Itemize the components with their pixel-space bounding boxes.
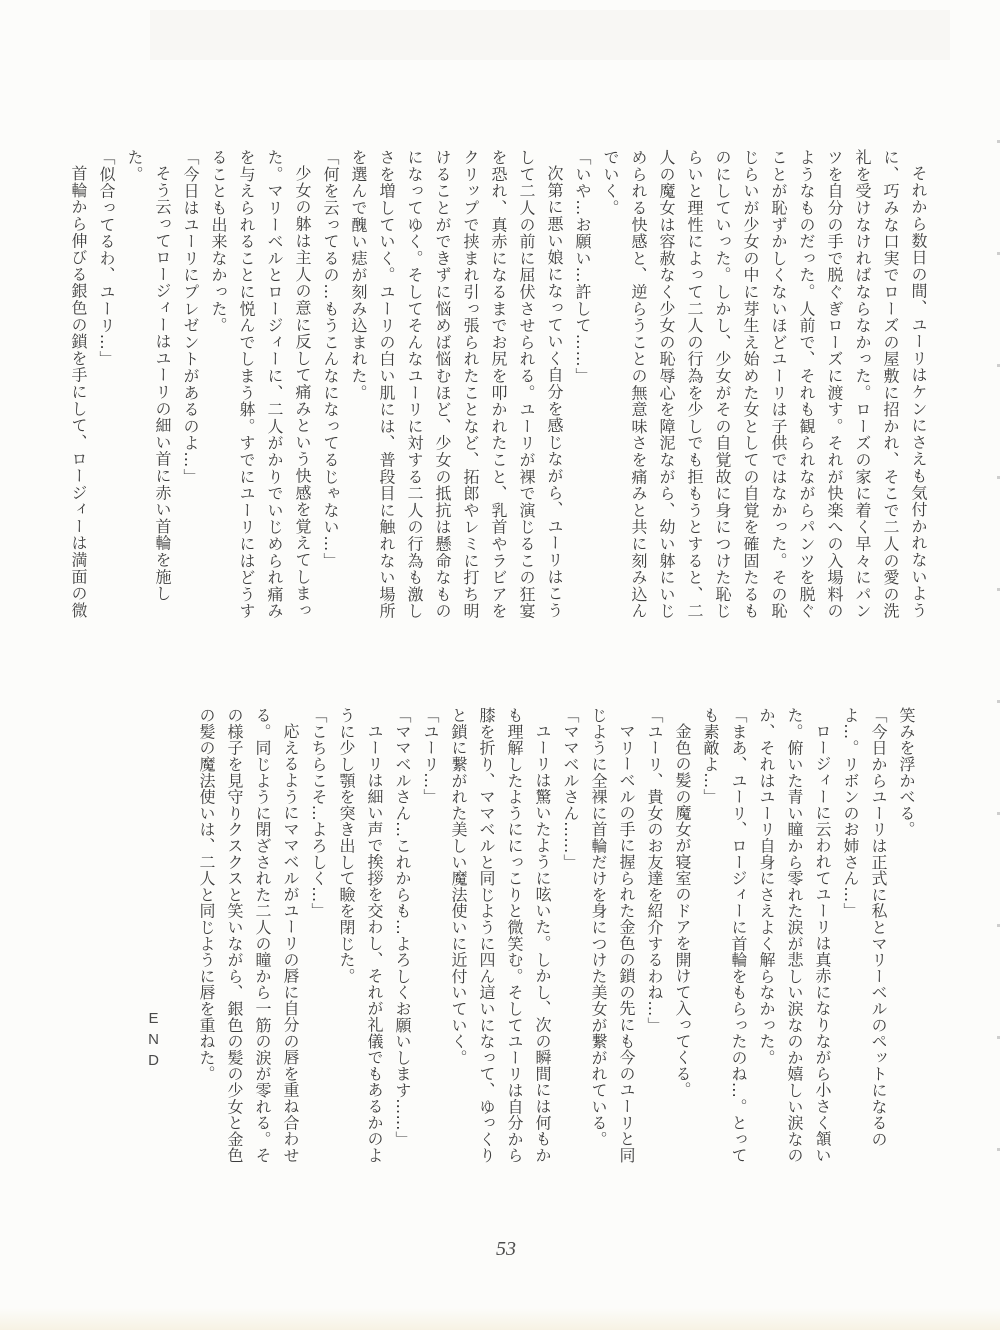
story-paragraph: 「今日はユーリにプレゼントがあるのよ…」	[176, 149, 204, 620]
story-paragraph: 少女の躰は主人の意に反して痛みという快感を覚えてしまった。マリーベルとロージィー…	[204, 149, 316, 620]
story-paragraph: 「何を云ってるの…もうこんなになってるじゃない…」	[316, 149, 344, 620]
end-marker: END	[145, 1010, 162, 1073]
scan-artifact-top-band	[150, 10, 950, 60]
story-paragraph: 「今日からユーリは正式に私とマリーベルのペットになるのよ…。リボンのお姉さん…」	[836, 707, 892, 1165]
story-paragraph: 「まあ、ユーリ、ロージィーに首輪をもらったのね…。とっても素敵よ…」	[696, 707, 752, 1165]
page-number: 53	[6, 1238, 1000, 1261]
story-paragraph: 「似合ってるわ、ユーリ…」	[92, 149, 120, 620]
story-paragraph: 金色の髪の魔女が寝室のドアを開けて入ってくる。	[668, 707, 696, 1165]
story-paragraph: ユーリは驚いたように呟いた。しかし、次の瞬間には何もかも理解したようににっこりと…	[444, 707, 556, 1165]
story-paragraph: ユーリは細い声で挨拶を交わし、それが礼儀でもあるかのように少し顎を突き出して瞼を…	[332, 707, 388, 1165]
story-text-upper-block: それから数日の間、ユーリはケンにさえも気付かれないように、巧みな口実でローズの屋…	[64, 149, 932, 620]
story-paragraph: 次第に悪い娘になっていく自分を感じながら、ユーリはこうして二人の前に屈伏させられ…	[344, 149, 568, 620]
story-paragraph: 「ユーリ、貴女のお友達を紹介するわね…」	[640, 707, 668, 1165]
story-text-lower-block: 笑みを浮かべる。「今日からユーリは正式に私とマリーベルのペットになるのよ…。リボ…	[192, 707, 920, 1165]
story-paragraph: そう云ってロージィーはユーリの細い首に赤い首輪を施した。	[120, 149, 176, 620]
story-paragraph: 首輪から伸びる銀色の鎖を手にして、ロージィーは満面の微	[64, 149, 92, 620]
story-paragraph: それから数日の間、ユーリはケンにさえも気付かれないように、巧みな口実でローズの屋…	[596, 149, 932, 620]
story-paragraph: 「ユーリ…」	[416, 707, 444, 1165]
story-paragraph: 「いや…お願い…許して……」	[568, 149, 596, 620]
story-paragraph: ロージィーに云われてユーリは真赤になりながら小さく頷いた。俯いた青い瞳から零れた…	[752, 707, 836, 1165]
story-paragraph: 笑みを浮かべる。	[892, 707, 920, 1165]
story-paragraph: 応えるようにママベルがユーリの唇に自分の唇を重ね合わせる。同じように閉ざされた二…	[192, 707, 304, 1165]
story-paragraph: 「こちらこそ…よろしく…」	[304, 707, 332, 1165]
scan-artifact-bottom-band	[0, 1308, 1000, 1330]
story-paragraph: マリーベルの手に握られた金色の鎖の先にも今のユーリと同じように全裸に首輪だけを身…	[584, 707, 640, 1165]
story-paragraph: 「ママベルさん……」	[556, 707, 584, 1165]
story-paragraph: 「ママベルさん…これからも…よろしくお願いします……」	[388, 707, 416, 1165]
scanned-doujinshi-page: それから数日の間、ユーリはケンにさえも気付かれないように、巧みな口実でローズの屋…	[0, 0, 1000, 1330]
